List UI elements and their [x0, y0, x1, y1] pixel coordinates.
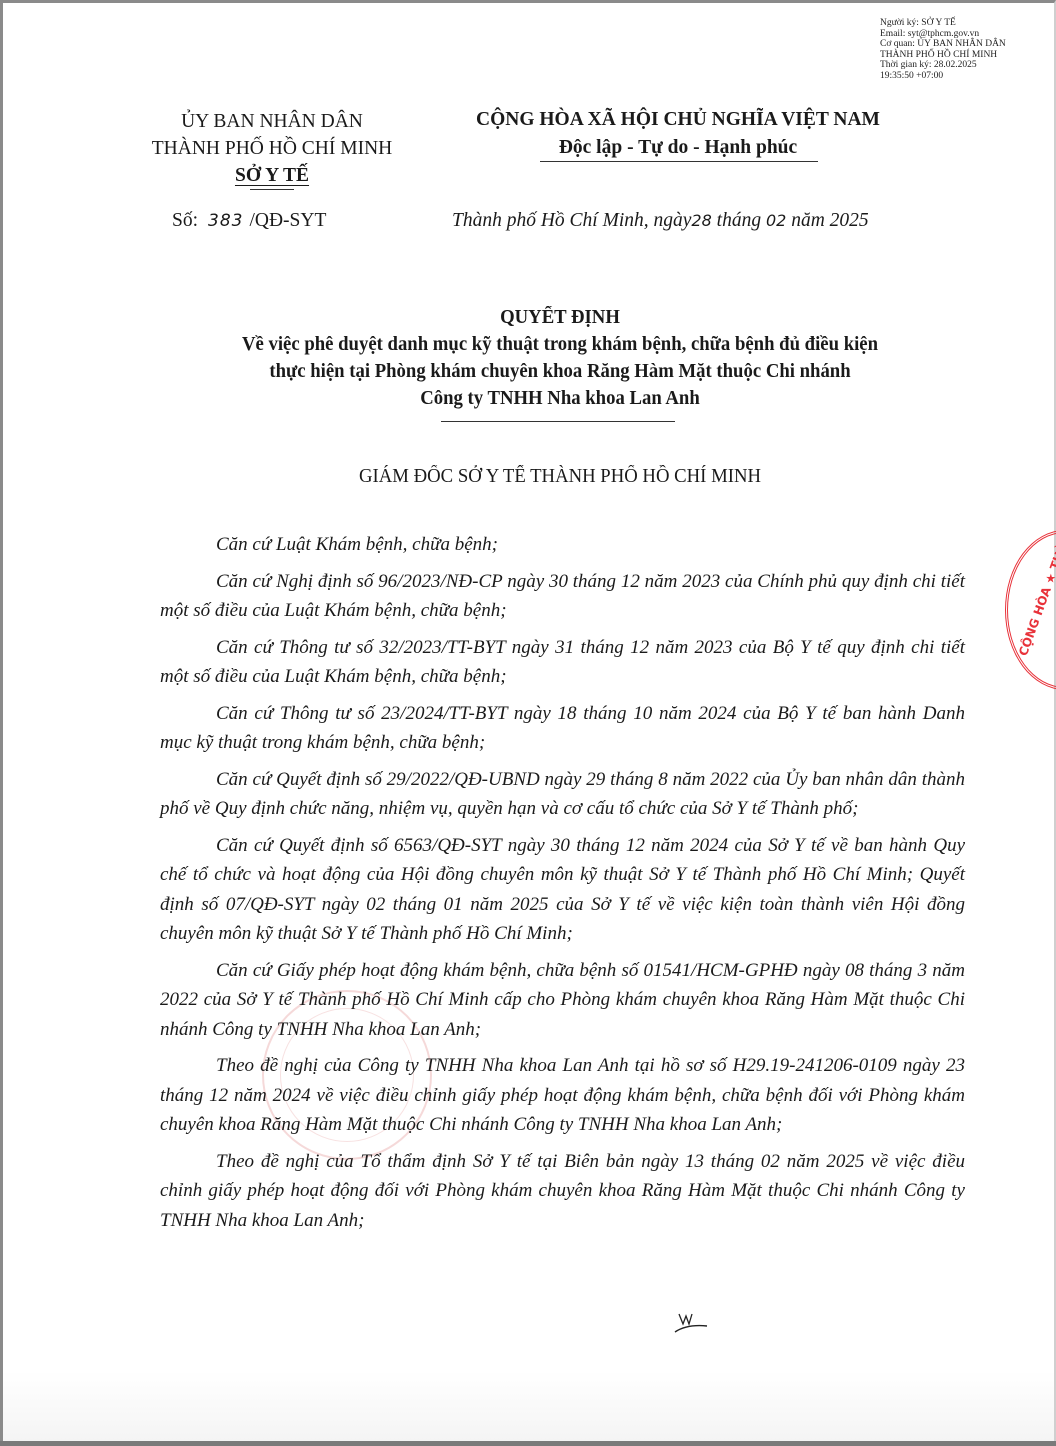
- country-name: CỘNG HÒA XÃ HỘI CHỦ NGHĨA VIỆT NAM: [428, 106, 928, 134]
- digital-signature-info: Người ký: SỞ Y TẾ Email: syt@tphcm.gov.v…: [880, 18, 1010, 81]
- issuer-line-2: THÀNH PHỐ HỒ CHÍ MINH: [112, 135, 432, 162]
- preamble-item: Căn cứ Quyết định số 29/2022/QĐ-UBND ngà…: [160, 765, 965, 824]
- decision-subject-3: Công ty TNHH Nha khoa Lan Anh: [128, 385, 992, 412]
- date-month: 02: [766, 211, 786, 230]
- national-header: CỘNG HÒA XÃ HỘI CHỦ NGHĨA VIỆT NAM Độc l…: [428, 106, 928, 162]
- national-motto: Độc lập - Tự do - Hạnh phúc: [428, 134, 928, 162]
- issuer-line-1: ỦY BAN NHÂN DÂN: [112, 108, 432, 135]
- decision-subject-2: thực hiện tại Phòng khám chuyên khoa Răn…: [128, 358, 992, 385]
- page-bottom-edge: [0, 1441, 1056, 1446]
- date-day: 28: [691, 211, 711, 230]
- signer-agency: Cơ quan: ỦY BAN NHÂN DÂN THÀNH PHỐ HỒ CH…: [880, 39, 1010, 60]
- title-divider: [441, 421, 675, 422]
- date-month-label: tháng: [717, 210, 761, 231]
- preamble-item: Căn cứ Nghị định số 96/2023/NĐ-CP ngày 3…: [160, 567, 965, 626]
- issuing-authority: GIÁM ĐỐC SỞ Y TẾ THÀNH PHỐ HỒ CHÍ MINH: [128, 466, 992, 488]
- doc-number-prefix: Số:: [172, 210, 198, 231]
- preamble-item: Theo đề nghị của Công ty TNHH Nha khoa L…: [160, 1051, 965, 1140]
- preamble-item: Căn cứ Giấy phép hoạt động khám bệnh, ch…: [160, 956, 965, 1045]
- signer-email: Email: syt@tphcm.gov.vn: [880, 29, 1010, 40]
- preamble-item: Căn cứ Quyết định số 6563/QĐ-SYT ngày 30…: [160, 831, 965, 949]
- preamble-item: Căn cứ Thông tư số 23/2024/TT-BYT ngày 1…: [160, 699, 965, 758]
- signed-time-value: 19:35:50 +07:00: [880, 71, 1010, 82]
- issuer-header: ỦY BAN NHÂN DÂN THÀNH PHỐ HỒ CHÍ MINH SỞ…: [112, 108, 432, 189]
- preamble-item: Theo đề nghị của Tổ thẩm định Sở Y tế tạ…: [160, 1147, 965, 1236]
- issuer-line-3: SỞ Y TẾ: [112, 162, 432, 189]
- document-number: Số:383/QĐ-SYT: [172, 210, 326, 232]
- preamble-item: Căn cứ Luật Khám bệnh, chữa bệnh;: [160, 530, 965, 560]
- doc-number-suffix: /QĐ-SYT: [249, 210, 326, 231]
- document-date: Thành phố Hồ Chí Minh, ngày28 tháng 02 n…: [452, 210, 869, 232]
- date-prefix: Thành phố Hồ Chí Minh, ngày: [452, 210, 691, 231]
- motto-divider: [540, 161, 818, 162]
- decision-title: QUYẾT ĐỊNH Về việc phê duyệt danh mục kỹ…: [128, 304, 992, 412]
- date-year: năm 2025: [791, 210, 868, 231]
- handwritten-initials-icon: [673, 1312, 709, 1334]
- decision-subject-1: Về việc phê duyệt danh mục kỹ thuật tron…: [128, 331, 992, 358]
- preamble: Căn cứ Luật Khám bệnh, chữa bệnh; Căn cứ…: [160, 530, 965, 1242]
- issuer-divider: [250, 189, 294, 190]
- decision-heading: QUYẾT ĐỊNH: [128, 304, 992, 331]
- preamble-item: Căn cứ Thông tư số 32/2023/TT-BYT ngày 3…: [160, 633, 965, 692]
- doc-number-value: 383: [208, 211, 243, 231]
- signer: Người ký: SỞ Y TẾ: [880, 18, 1010, 29]
- signed-time: Thời gian ký: 28.02.2025: [880, 60, 1010, 71]
- stamp-text: CỘNG HÒA ★ THÀ: [1016, 541, 1056, 658]
